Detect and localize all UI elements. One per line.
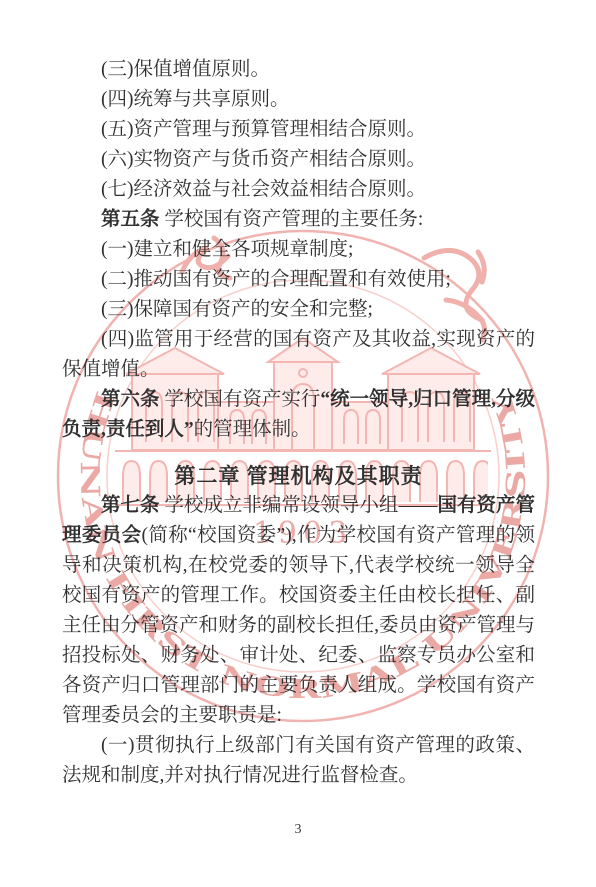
document-body: (三)保值增值原则。(四)统筹与共享原则。(五)资产管理与预算管理相结合原则。(… [62,55,535,791]
text-run: (四)统筹与共享原则。 [101,89,290,110]
paragraph: (三)保值增值原则。 [62,55,535,85]
text-run: (二)推动国有资产的合理配置和有效使用; [101,269,451,290]
text-run: (六)实物资产与货币资产相结合原则。 [101,149,426,170]
page-footer: 3 [0,820,596,838]
text-run: (三)保值增值原则。 [101,59,270,80]
paragraph: (三)保障国有资产的安全和完整; [62,295,535,325]
paragraph: (二)推动国有资产的合理配置和有效使用; [62,265,535,295]
paragraph: (七)经济效益与社会效益相结合原则。 [62,175,535,205]
chapter-heading: 第二章 管理机构及其职责 [62,461,535,491]
text-run: (三)保障国有资产的安全和完整; [101,299,373,320]
paragraph: (四)监管用于经营的国有资产及其收益,实现资产的保值增值。 [62,325,535,385]
bold-text-run: 第六条 [101,389,160,410]
paragraph: (六)实物资产与货币资产相结合原则。 [62,145,535,175]
text-run: (一)建立和健全各项规章制度; [101,239,353,260]
bold-text-run: 第二章 管理机构及其职责 [174,464,422,488]
paragraph: 第七条 学校成立非编常设领导小组——国有资产管理委员会(简称“校国资委”),作为… [62,491,535,731]
page-number: 3 [295,822,302,837]
bold-text-run: 第七条 [101,495,160,516]
paragraph: (五)资产管理与预算管理相结合原则。 [62,115,535,145]
paragraph: (四)统筹与共享原则。 [62,85,535,115]
text-run: 学校国有资产管理的主要任务: [160,209,424,230]
text-run: (一)贯彻执行上级部门有关国有资产管理的政策、法规和制度,并对执行情况进行监督检… [62,735,535,786]
paragraph: (一)贯彻执行上级部门有关国有资产管理的政策、法规和制度,并对执行情况进行监督检… [62,731,535,791]
paragraph: 第六条 学校国有资产实行“统一领导,归口管理,分级负责,责任到人”的管理体制。 [62,385,535,445]
paragraph: 第五条 学校国有资产管理的主要任务: [62,205,535,235]
text-run: 学校国有资产实行 [160,389,321,410]
paragraph: (一)建立和健全各项规章制度; [62,235,535,265]
text-run: 学校成立非编常设领导小组—— [160,495,438,516]
text-run: (四)监管用于经营的国有资产及其收益,实现资产的保值增值。 [62,329,535,380]
text-run: (七)经济效益与社会效益相结合原则。 [101,179,426,200]
bold-text-run: 第五条 [101,209,160,230]
text-run: 的管理体制。 [194,419,311,440]
text-run: (简称“校国资委”),作为学校国有资产管理的领导和决策机构,在校党委的领导下,代… [62,525,535,726]
text-run: (五)资产管理与预算管理相结合原则。 [101,119,426,140]
